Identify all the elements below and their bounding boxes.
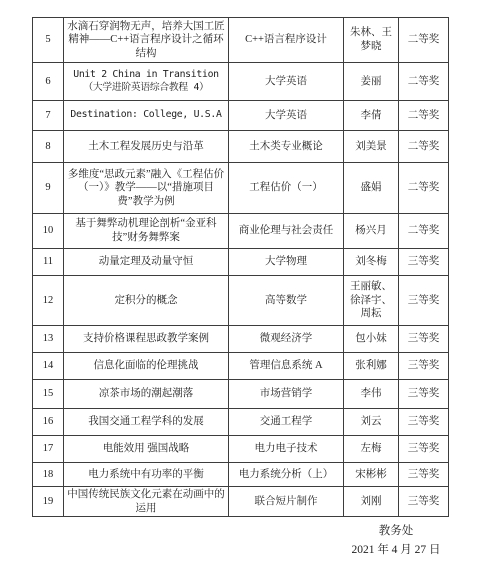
lesson-title: 我国交通工程学科的发展 bbox=[64, 409, 229, 436]
award-level: 三等奖 bbox=[399, 463, 449, 487]
table-row: 11 动量定理及动量守恒 大学物理 刘冬梅 三等奖 bbox=[33, 249, 449, 276]
teacher-names: 包小妹 bbox=[344, 326, 399, 353]
course-name: C++语言程序设计 bbox=[229, 18, 344, 63]
row-number: 18 bbox=[33, 463, 64, 487]
lesson-title: 信息化面临的伦理挑战 bbox=[64, 353, 229, 380]
table-row: 14 信息化面临的伦理挑战 管理信息系统 A 张利娜 三等奖 bbox=[33, 353, 449, 380]
award-level: 二等奖 bbox=[399, 101, 449, 131]
teacher-names: 李倩 bbox=[344, 101, 399, 131]
teacher-names: 李伟 bbox=[344, 380, 399, 409]
teacher-names: 刘美景 bbox=[344, 131, 399, 163]
course-name: 交通工程学 bbox=[229, 409, 344, 436]
table-row: 9 多维度“思政元素”融入《工程估价（一）》教学——以“措施项目费”教学为例 工… bbox=[33, 163, 449, 214]
row-number: 11 bbox=[33, 249, 64, 276]
teacher-names: 左梅 bbox=[344, 436, 399, 463]
lesson-title: 动量定理及动量守恒 bbox=[64, 249, 229, 276]
table-row: 13 支持价格课程思政教学案例 微观经济学 包小妹 三等奖 bbox=[33, 326, 449, 353]
award-level: 三等奖 bbox=[399, 409, 449, 436]
award-level: 二等奖 bbox=[399, 63, 449, 101]
course-name: 电力系统分析（上） bbox=[229, 463, 344, 487]
table-row: 19 中国传统民族文化元素在动画中的运用 联合短片制作 刘刚 三等奖 bbox=[33, 487, 449, 517]
lesson-title: Unit 2 China in Transition（大学进阶英语综合教程 4） bbox=[64, 63, 229, 101]
lesson-title: Destination: College, U.S.A bbox=[64, 101, 229, 131]
course-name: 联合短片制作 bbox=[229, 487, 344, 517]
teacher-names: 刘冬梅 bbox=[344, 249, 399, 276]
course-name: 市场营销学 bbox=[229, 380, 344, 409]
table-row: 10 基于舞弊动机理论剖析“金亚科技”财务舞弊案 商业伦理与社会责任 杨兴月 二… bbox=[33, 214, 449, 249]
lesson-title: 凉茶市场的潮起潮落 bbox=[64, 380, 229, 409]
lesson-title: 土木工程发展历史与沿革 bbox=[64, 131, 229, 163]
course-name: 土木类专业概论 bbox=[229, 131, 344, 163]
table-row: 6 Unit 2 China in Transition（大学进阶英语综合教程 … bbox=[33, 63, 449, 101]
row-number: 6 bbox=[33, 63, 64, 101]
award-level: 三等奖 bbox=[399, 380, 449, 409]
awards-table: 5 水滴石穿润物无声，培养大国工匠精神——C++语言程序设计之循环结构 C++语… bbox=[32, 17, 449, 517]
row-number: 8 bbox=[33, 131, 64, 163]
course-name: 高等数学 bbox=[229, 276, 344, 326]
signature-date: 2021 年 4 月 27 日 bbox=[331, 541, 461, 560]
award-level: 三等奖 bbox=[399, 487, 449, 517]
award-level: 三等奖 bbox=[399, 353, 449, 380]
row-number: 16 bbox=[33, 409, 64, 436]
course-name: 工程估价（一） bbox=[229, 163, 344, 214]
table-row: 16 我国交通工程学科的发展 交通工程学 刘云 三等奖 bbox=[33, 409, 449, 436]
teacher-names: 张利娜 bbox=[344, 353, 399, 380]
row-number: 13 bbox=[33, 326, 64, 353]
table-row: 15 凉茶市场的潮起潮落 市场营销学 李伟 三等奖 bbox=[33, 380, 449, 409]
table-row: 8 土木工程发展历史与沿革 土木类专业概论 刘美景 二等奖 bbox=[33, 131, 449, 163]
table-row: 17 电能效用 强国战略 电力电子技术 左梅 三等奖 bbox=[33, 436, 449, 463]
award-level: 三等奖 bbox=[399, 249, 449, 276]
teacher-names: 朱林、王梦晓 bbox=[344, 18, 399, 63]
teacher-names: 刘刚 bbox=[344, 487, 399, 517]
course-name: 大学英语 bbox=[229, 101, 344, 131]
lesson-title: 基于舞弊动机理论剖析“金亚科技”财务舞弊案 bbox=[64, 214, 229, 249]
lesson-title: 定积分的概念 bbox=[64, 276, 229, 326]
lesson-title: 水滴石穿润物无声，培养大国工匠精神——C++语言程序设计之循环结构 bbox=[64, 18, 229, 63]
teacher-names: 杨兴月 bbox=[344, 214, 399, 249]
teacher-names: 刘云 bbox=[344, 409, 399, 436]
award-level: 二等奖 bbox=[399, 163, 449, 214]
table-row: 5 水滴石穿润物无声，培养大国工匠精神——C++语言程序设计之循环结构 C++语… bbox=[33, 18, 449, 63]
lesson-title: 支持价格课程思政教学案例 bbox=[64, 326, 229, 353]
row-number: 7 bbox=[33, 101, 64, 131]
teacher-names: 盛娟 bbox=[344, 163, 399, 214]
lesson-title: 电力系统中有功率的平衡 bbox=[64, 463, 229, 487]
award-level: 二等奖 bbox=[399, 18, 449, 63]
awards-table-body: 5 水滴石穿润物无声，培养大国工匠精神——C++语言程序设计之循环结构 C++语… bbox=[33, 18, 449, 517]
course-name: 大学物理 bbox=[229, 249, 344, 276]
course-name: 电力电子技术 bbox=[229, 436, 344, 463]
row-number: 19 bbox=[33, 487, 64, 517]
signature-block: 教务处 2021 年 4 月 27 日 bbox=[331, 522, 461, 560]
signature-department: 教务处 bbox=[331, 522, 461, 541]
teacher-names: 王丽敏、徐泽宇、周耘 bbox=[344, 276, 399, 326]
table-row: 18 电力系统中有功率的平衡 电力系统分析（上） 宋彬彬 三等奖 bbox=[33, 463, 449, 487]
row-number: 17 bbox=[33, 436, 64, 463]
row-number: 14 bbox=[33, 353, 64, 380]
table-row: 7 Destination: College, U.S.A 大学英语 李倩 二等… bbox=[33, 101, 449, 131]
teacher-names: 宋彬彬 bbox=[344, 463, 399, 487]
course-name: 微观经济学 bbox=[229, 326, 344, 353]
award-level: 三等奖 bbox=[399, 276, 449, 326]
lesson-title: 多维度“思政元素”融入《工程估价（一）》教学——以“措施项目费”教学为例 bbox=[64, 163, 229, 214]
teacher-names: 姜丽 bbox=[344, 63, 399, 101]
lesson-title: 电能效用 强国战略 bbox=[64, 436, 229, 463]
award-level: 二等奖 bbox=[399, 131, 449, 163]
award-level: 三等奖 bbox=[399, 436, 449, 463]
table-row: 12 定积分的概念 高等数学 王丽敏、徐泽宇、周耘 三等奖 bbox=[33, 276, 449, 326]
row-number: 10 bbox=[33, 214, 64, 249]
row-number: 9 bbox=[33, 163, 64, 214]
course-name: 商业伦理与社会责任 bbox=[229, 214, 344, 249]
course-name: 管理信息系统 A bbox=[229, 353, 344, 380]
lesson-title: 中国传统民族文化元素在动画中的运用 bbox=[64, 487, 229, 517]
course-name: 大学英语 bbox=[229, 63, 344, 101]
scanned-document-page: 5 水滴石穿润物无声，培养大国工匠精神——C++语言程序设计之循环结构 C++语… bbox=[0, 0, 483, 574]
row-number: 15 bbox=[33, 380, 64, 409]
row-number: 12 bbox=[33, 276, 64, 326]
row-number: 5 bbox=[33, 18, 64, 63]
award-level: 三等奖 bbox=[399, 326, 449, 353]
award-level: 二等奖 bbox=[399, 214, 449, 249]
